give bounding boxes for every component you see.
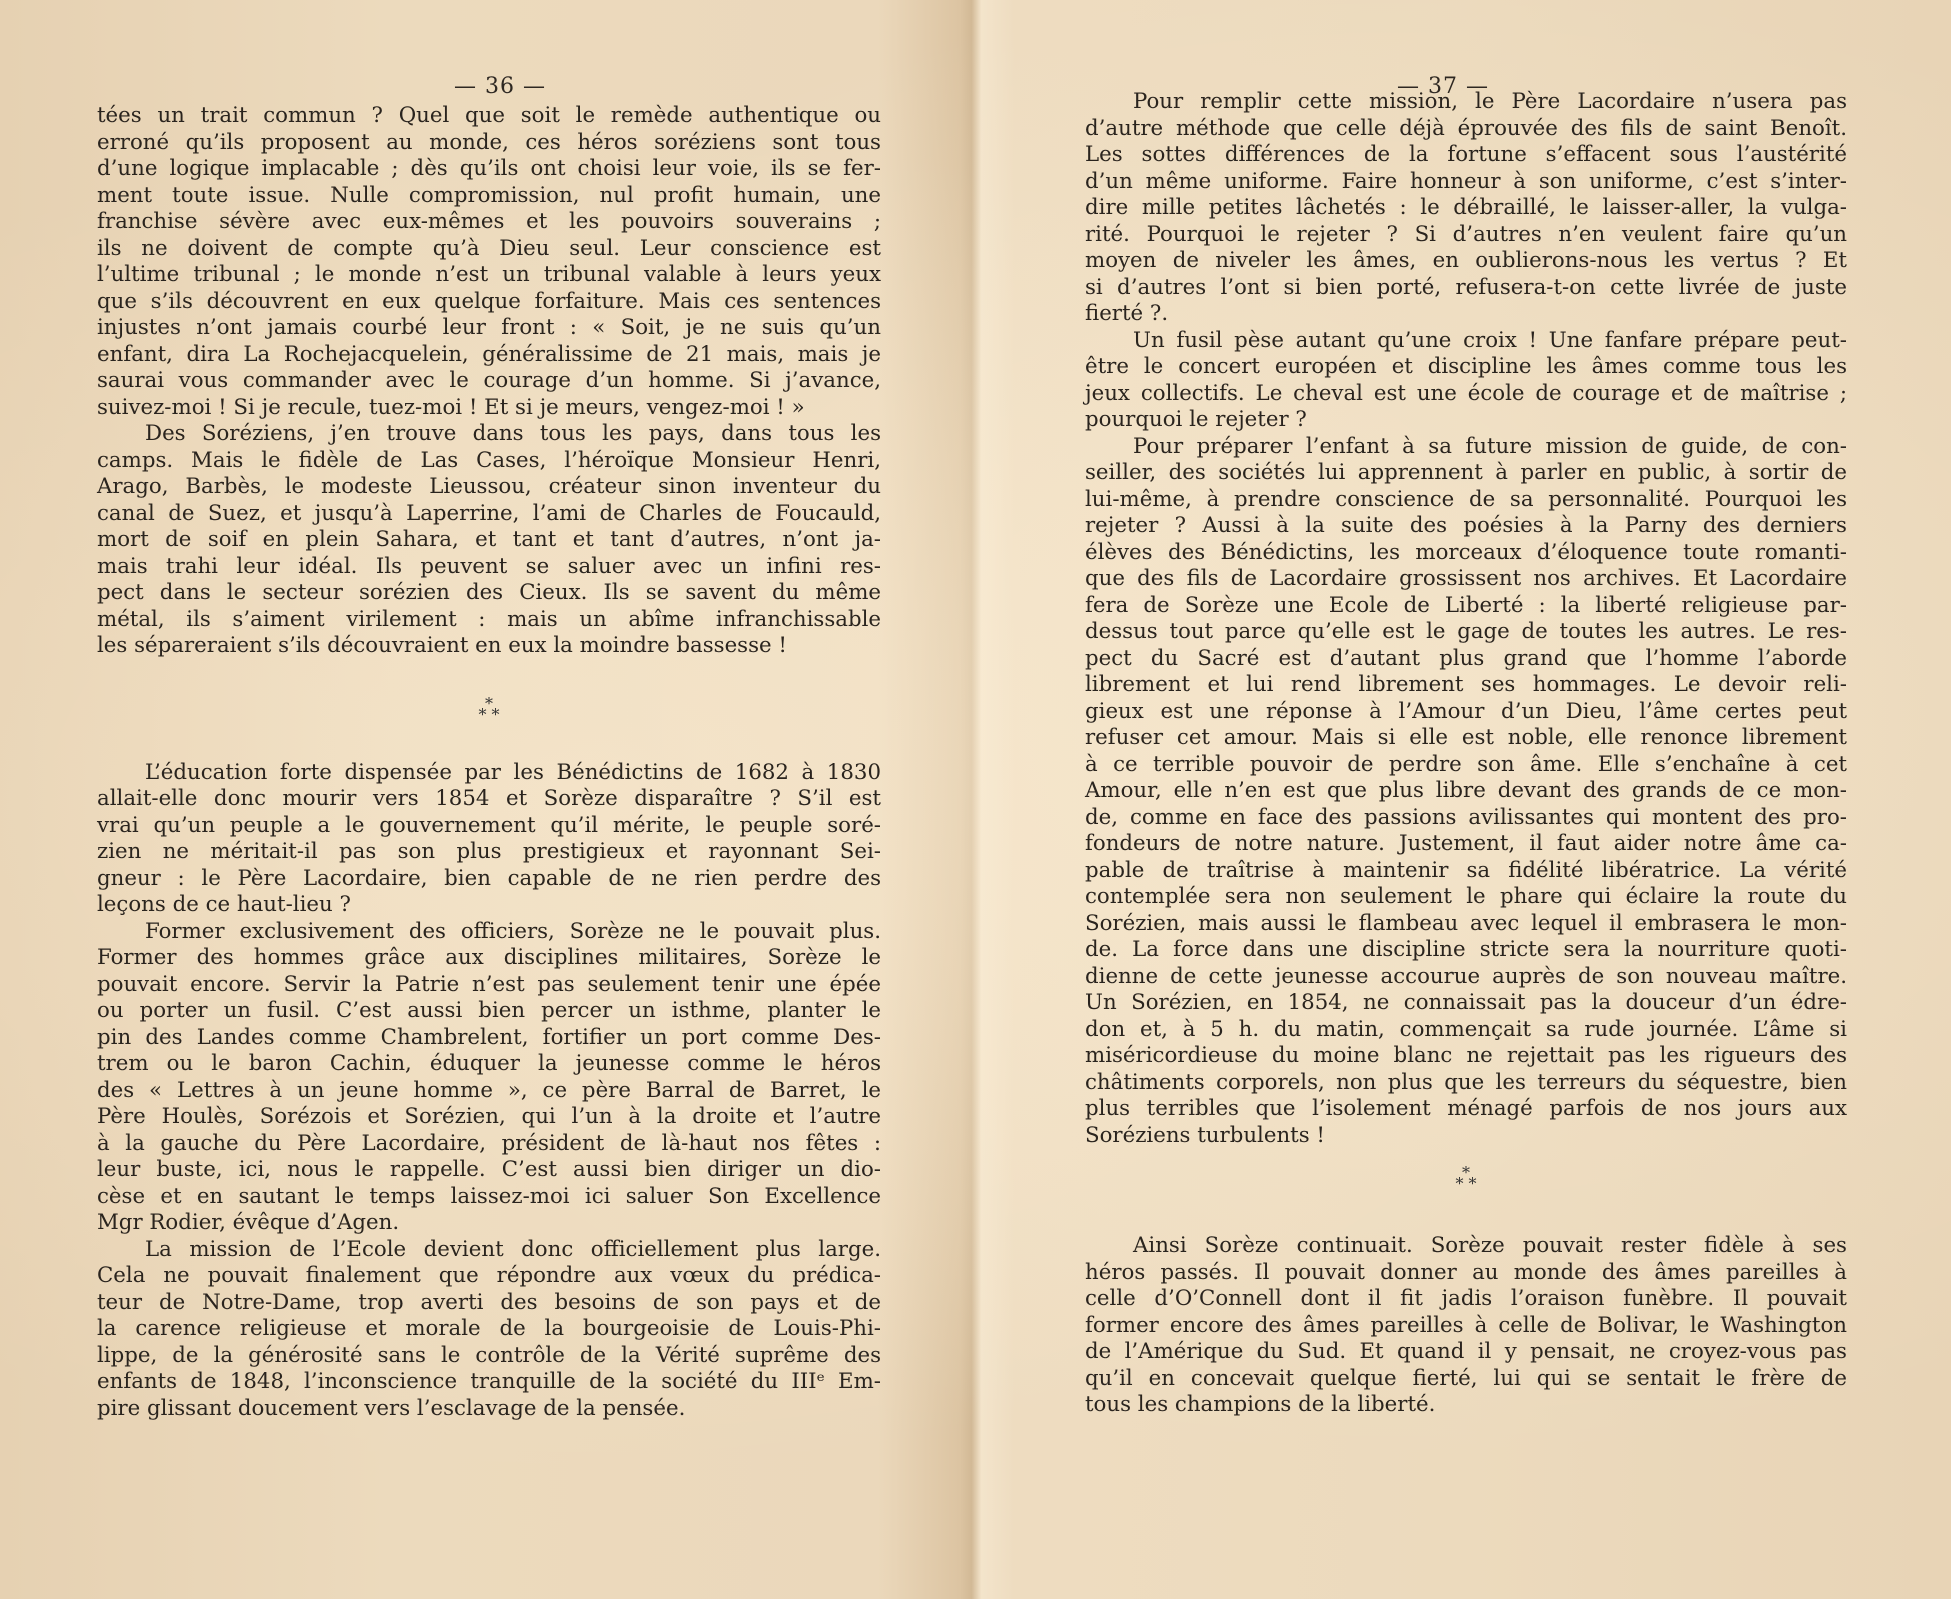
text-line: gneur : le Père Lacordaire, bien capable… bbox=[97, 866, 881, 893]
text-line: contemplée sera non seulement le phare q… bbox=[1085, 884, 1847, 911]
asterism-bottom: * * bbox=[97, 709, 881, 720]
text-line: de. La force dans une discipline stricte… bbox=[1085, 937, 1847, 964]
page-36: — 36 — tées un trait commun ? Quel que s… bbox=[0, 0, 975, 1599]
text-line: Des Soréziens, j’en trouve dans tous les… bbox=[97, 421, 881, 448]
paragraph: Un fusil pèse autant qu’une croix ! Une … bbox=[1085, 328, 1847, 434]
text-line: Former des hommes grâce aux disciplines … bbox=[97, 945, 881, 972]
paragraph: tées un trait commun ? Quel que soit le … bbox=[97, 103, 881, 421]
text-line: à ce terrible pouvoir de perdre son âme.… bbox=[1085, 752, 1847, 779]
text-line: dienne de cette jeunesse accourue auprès… bbox=[1085, 964, 1847, 991]
paragraph: L’éducation forte dispensée par les Béné… bbox=[97, 760, 881, 919]
text-line: Amour, elle n’en est que plus libre deva… bbox=[1085, 778, 1847, 805]
text-line: Pour remplir cette mission, le Père Laco… bbox=[1085, 89, 1847, 116]
text-line: de, comme en face des passions avilissan… bbox=[1085, 805, 1847, 832]
text-line: les sépareraient s’ils découvraient en e… bbox=[97, 633, 881, 660]
text-line: gieux est une réponse à l’Amour d’un Die… bbox=[1085, 699, 1847, 726]
text-line: tées un trait commun ? Quel que soit le … bbox=[97, 103, 881, 130]
text-line: pin des Landes comme Chambrelent, fortif… bbox=[97, 1025, 881, 1052]
text-line: jeux collectifs. Le cheval est une école… bbox=[1085, 381, 1847, 408]
text-line: châtiments corporels, non plus que les t… bbox=[1085, 1070, 1847, 1097]
text-line: que s’ils découvrent en eux quelque forf… bbox=[97, 289, 881, 316]
text-line: celle d’O’Connell dont il fit jadis l’or… bbox=[1085, 1286, 1847, 1313]
text-line: de l’Amérique du Sud. Et quand il y pens… bbox=[1085, 1339, 1847, 1366]
text-line: L’éducation forte dispensée par les Béné… bbox=[97, 760, 881, 787]
text-line: tous les champions de la liberté. bbox=[1085, 1392, 1847, 1419]
page-body: Pour remplir cette mission, le Père Laco… bbox=[1085, 89, 1847, 1419]
asterism-bottom: * * bbox=[1085, 1178, 1847, 1189]
text-line: Sorézien, mais aussi le flambeau avec le… bbox=[1085, 911, 1847, 938]
text-line: si d’autres l’ont si bien porté, refuser… bbox=[1085, 275, 1847, 302]
text-line: rejeter ? Aussi à la suite des poésies à… bbox=[1085, 513, 1847, 540]
text-line: enfants de 1848, l’inconscience tranquil… bbox=[97, 1369, 881, 1396]
text-line: Mgr Rodier, évêque d’Agen. bbox=[97, 1210, 881, 1237]
text-line: enfant, dira La Rochejacquelein, général… bbox=[97, 342, 881, 369]
text-line: qu’il en concevait quelque fierté, lui q… bbox=[1085, 1366, 1847, 1393]
text-line: pable de traîtrise à maintenir sa fidéli… bbox=[1085, 858, 1847, 885]
text-line: leur buste, ici, nous le rappelle. C’est… bbox=[97, 1157, 881, 1184]
text-line: Les sottes différences de la fortune s’e… bbox=[1085, 142, 1847, 169]
text-line: pect du Sacré est d’autant plus grand qu… bbox=[1085, 646, 1847, 673]
text-line: Un Sorézien, en 1854, ne connaissait pas… bbox=[1085, 990, 1847, 1017]
text-line: La mission de l’Ecole devient donc offic… bbox=[97, 1237, 881, 1264]
text-line: Ainsi Sorèze continuait. Sorèze pouvait … bbox=[1085, 1233, 1847, 1260]
text-line: suivez-moi ! Si je recule, tuez-moi ! Et… bbox=[97, 395, 881, 422]
text-line: moyen de niveler les âmes, en oublierons… bbox=[1085, 248, 1847, 275]
text-line: Former exclusivement des officiers, Sorè… bbox=[97, 919, 881, 946]
text-line: leçons de ce haut-lieu ? bbox=[97, 892, 881, 919]
text-line: Père Houlès, Sorézois et Sorézien, qui l… bbox=[97, 1104, 881, 1131]
text-line: métal, ils s’aiment virilement : mais un… bbox=[97, 607, 881, 634]
text-line: trem ou le baron Cachin, éduquer la jeun… bbox=[97, 1051, 881, 1078]
text-line: zien ne méritait-il pas son plus prestig… bbox=[97, 839, 881, 866]
text-line: librement et lui rend librement ses homm… bbox=[1085, 672, 1847, 699]
text-line: mort de soif en plein Sahara, et tant et… bbox=[97, 527, 881, 554]
text-line: don et, à 5 h. du matin, commençait sa r… bbox=[1085, 1017, 1847, 1044]
text-line: Soréziens turbulents ! bbox=[1085, 1123, 1847, 1150]
spacer bbox=[97, 660, 881, 698]
text-line: que des fils de Lacordaire grossissent n… bbox=[1085, 566, 1847, 593]
text-line: saurai vous commander avec le courage d’… bbox=[97, 368, 881, 395]
page-number: — 36 — bbox=[20, 74, 980, 99]
paragraph: La mission de l’Ecole devient donc offic… bbox=[97, 1237, 881, 1423]
text-line: dessus tout parce qu’elle est le gage de… bbox=[1085, 619, 1847, 646]
text-line: teur de Notre-Dame, trop averti des beso… bbox=[97, 1290, 881, 1317]
text-line: mais trahi leur idéal. Ils peuvent se sa… bbox=[97, 554, 881, 581]
section-break-asterism: * * * bbox=[1085, 1167, 1847, 1189]
section-break-asterism: * * * bbox=[97, 698, 881, 720]
text-line: des « Lettres à un jeune homme », ce pèr… bbox=[97, 1078, 881, 1105]
text-line: ou porter un fusil. C’est aussi bien per… bbox=[97, 998, 881, 1025]
text-line: canal de Suez, et jusqu’à Laperrine, l’a… bbox=[97, 501, 881, 528]
page-body: tées un trait commun ? Quel que soit le … bbox=[97, 103, 881, 1422]
text-line: d’un même uniforme. Faire honneur à son … bbox=[1085, 169, 1847, 196]
text-line: Un fusil pèse autant qu’une croix ! Une … bbox=[1085, 328, 1847, 355]
text-line: fierté ?. bbox=[1085, 301, 1847, 328]
book-spread: — 36 — tées un trait commun ? Quel que s… bbox=[0, 0, 1951, 1599]
text-line: franchise sévère avec eux-mêmes et les p… bbox=[97, 209, 881, 236]
spacer bbox=[1085, 1189, 1847, 1233]
text-line: former encore des âmes pareilles à celle… bbox=[1085, 1313, 1847, 1340]
text-line: dire mille petites lâchetés : le débrail… bbox=[1085, 195, 1847, 222]
text-line: plus terribles que l’isolement ménagé pa… bbox=[1085, 1096, 1847, 1123]
paragraph: Pour remplir cette mission, le Père Laco… bbox=[1085, 89, 1847, 328]
text-line: Arago, Barbès, le modeste Lieussou, créa… bbox=[97, 474, 881, 501]
text-line: d’une logique implacable ; dès qu’ils on… bbox=[97, 156, 881, 183]
text-line: Cela ne pouvait finalement que répondre … bbox=[97, 1263, 881, 1290]
text-line: l’ultime tribunal ; le monde n’est un tr… bbox=[97, 262, 881, 289]
text-line: pourquoi le rejeter ? bbox=[1085, 407, 1847, 434]
text-line: camps. Mais le fidèle de Las Cases, l’hé… bbox=[97, 448, 881, 475]
text-line: la carence religieuse et morale de la bo… bbox=[97, 1316, 881, 1343]
text-line: pect dans le secteur sorézien des Cieux.… bbox=[97, 580, 881, 607]
text-line: lui-même, à prendre conscience de sa per… bbox=[1085, 487, 1847, 514]
text-line: cèse et en sautant le temps laissez-moi … bbox=[97, 1184, 881, 1211]
paragraph: Ainsi Sorèze continuait. Sorèze pouvait … bbox=[1085, 1233, 1847, 1419]
text-line: fera de Sorèze une Ecole de Liberté : la… bbox=[1085, 593, 1847, 620]
paragraph: Former exclusivement des officiers, Sorè… bbox=[97, 919, 881, 1237]
text-line: ils ne doivent de compte qu’à Dieu seul.… bbox=[97, 236, 881, 263]
text-line: refuser cet amour. Mais si elle est nobl… bbox=[1085, 725, 1847, 752]
text-line: rité. Pourquoi le rejeter ? Si d’autres … bbox=[1085, 222, 1847, 249]
text-line: Pour préparer l’enfant à sa future missi… bbox=[1085, 434, 1847, 461]
text-line: miséricordieuse du moine blanc ne rejett… bbox=[1085, 1043, 1847, 1070]
text-line: allait-elle donc mourir vers 1854 et Sor… bbox=[97, 786, 881, 813]
text-line: pire glissant doucement vers l’esclavage… bbox=[97, 1396, 881, 1423]
text-line: vrai qu’un peuple a le gouvernement qu’i… bbox=[97, 813, 881, 840]
paragraph: Pour préparer l’enfant à sa future missi… bbox=[1085, 434, 1847, 1150]
text-line: d’autre méthode que celle déjà éprouvée … bbox=[1085, 116, 1847, 143]
paragraph: Des Soréziens, j’en trouve dans tous les… bbox=[97, 421, 881, 660]
page-37: — 37 — Pour remplir cette mission, le Pè… bbox=[975, 0, 1951, 1599]
spacer bbox=[97, 720, 881, 760]
text-line: lippe, de la générosité sans le contrôle… bbox=[97, 1343, 881, 1370]
text-line: fondeurs de notre nature. Justement, il … bbox=[1085, 831, 1847, 858]
text-line: élèves des Bénédictins, les morceaux d’é… bbox=[1085, 540, 1847, 567]
text-line: pouvait encore. Servir la Patrie n’est p… bbox=[97, 972, 881, 999]
text-line: injustes n’ont jamais courbé leur front … bbox=[97, 315, 881, 342]
text-line: seiller, des sociétés lui apprennent à p… bbox=[1085, 460, 1847, 487]
text-line: à la gauche du Père Lacordaire, présiden… bbox=[97, 1131, 881, 1158]
text-line: ment toute issue. Nulle compromission, n… bbox=[97, 183, 881, 210]
text-line: erroné qu’ils proposent au monde, ces hé… bbox=[97, 130, 881, 157]
text-line: héros passés. Il pouvait donner au monde… bbox=[1085, 1260, 1847, 1287]
text-line: être le concert européen et discipline l… bbox=[1085, 354, 1847, 381]
